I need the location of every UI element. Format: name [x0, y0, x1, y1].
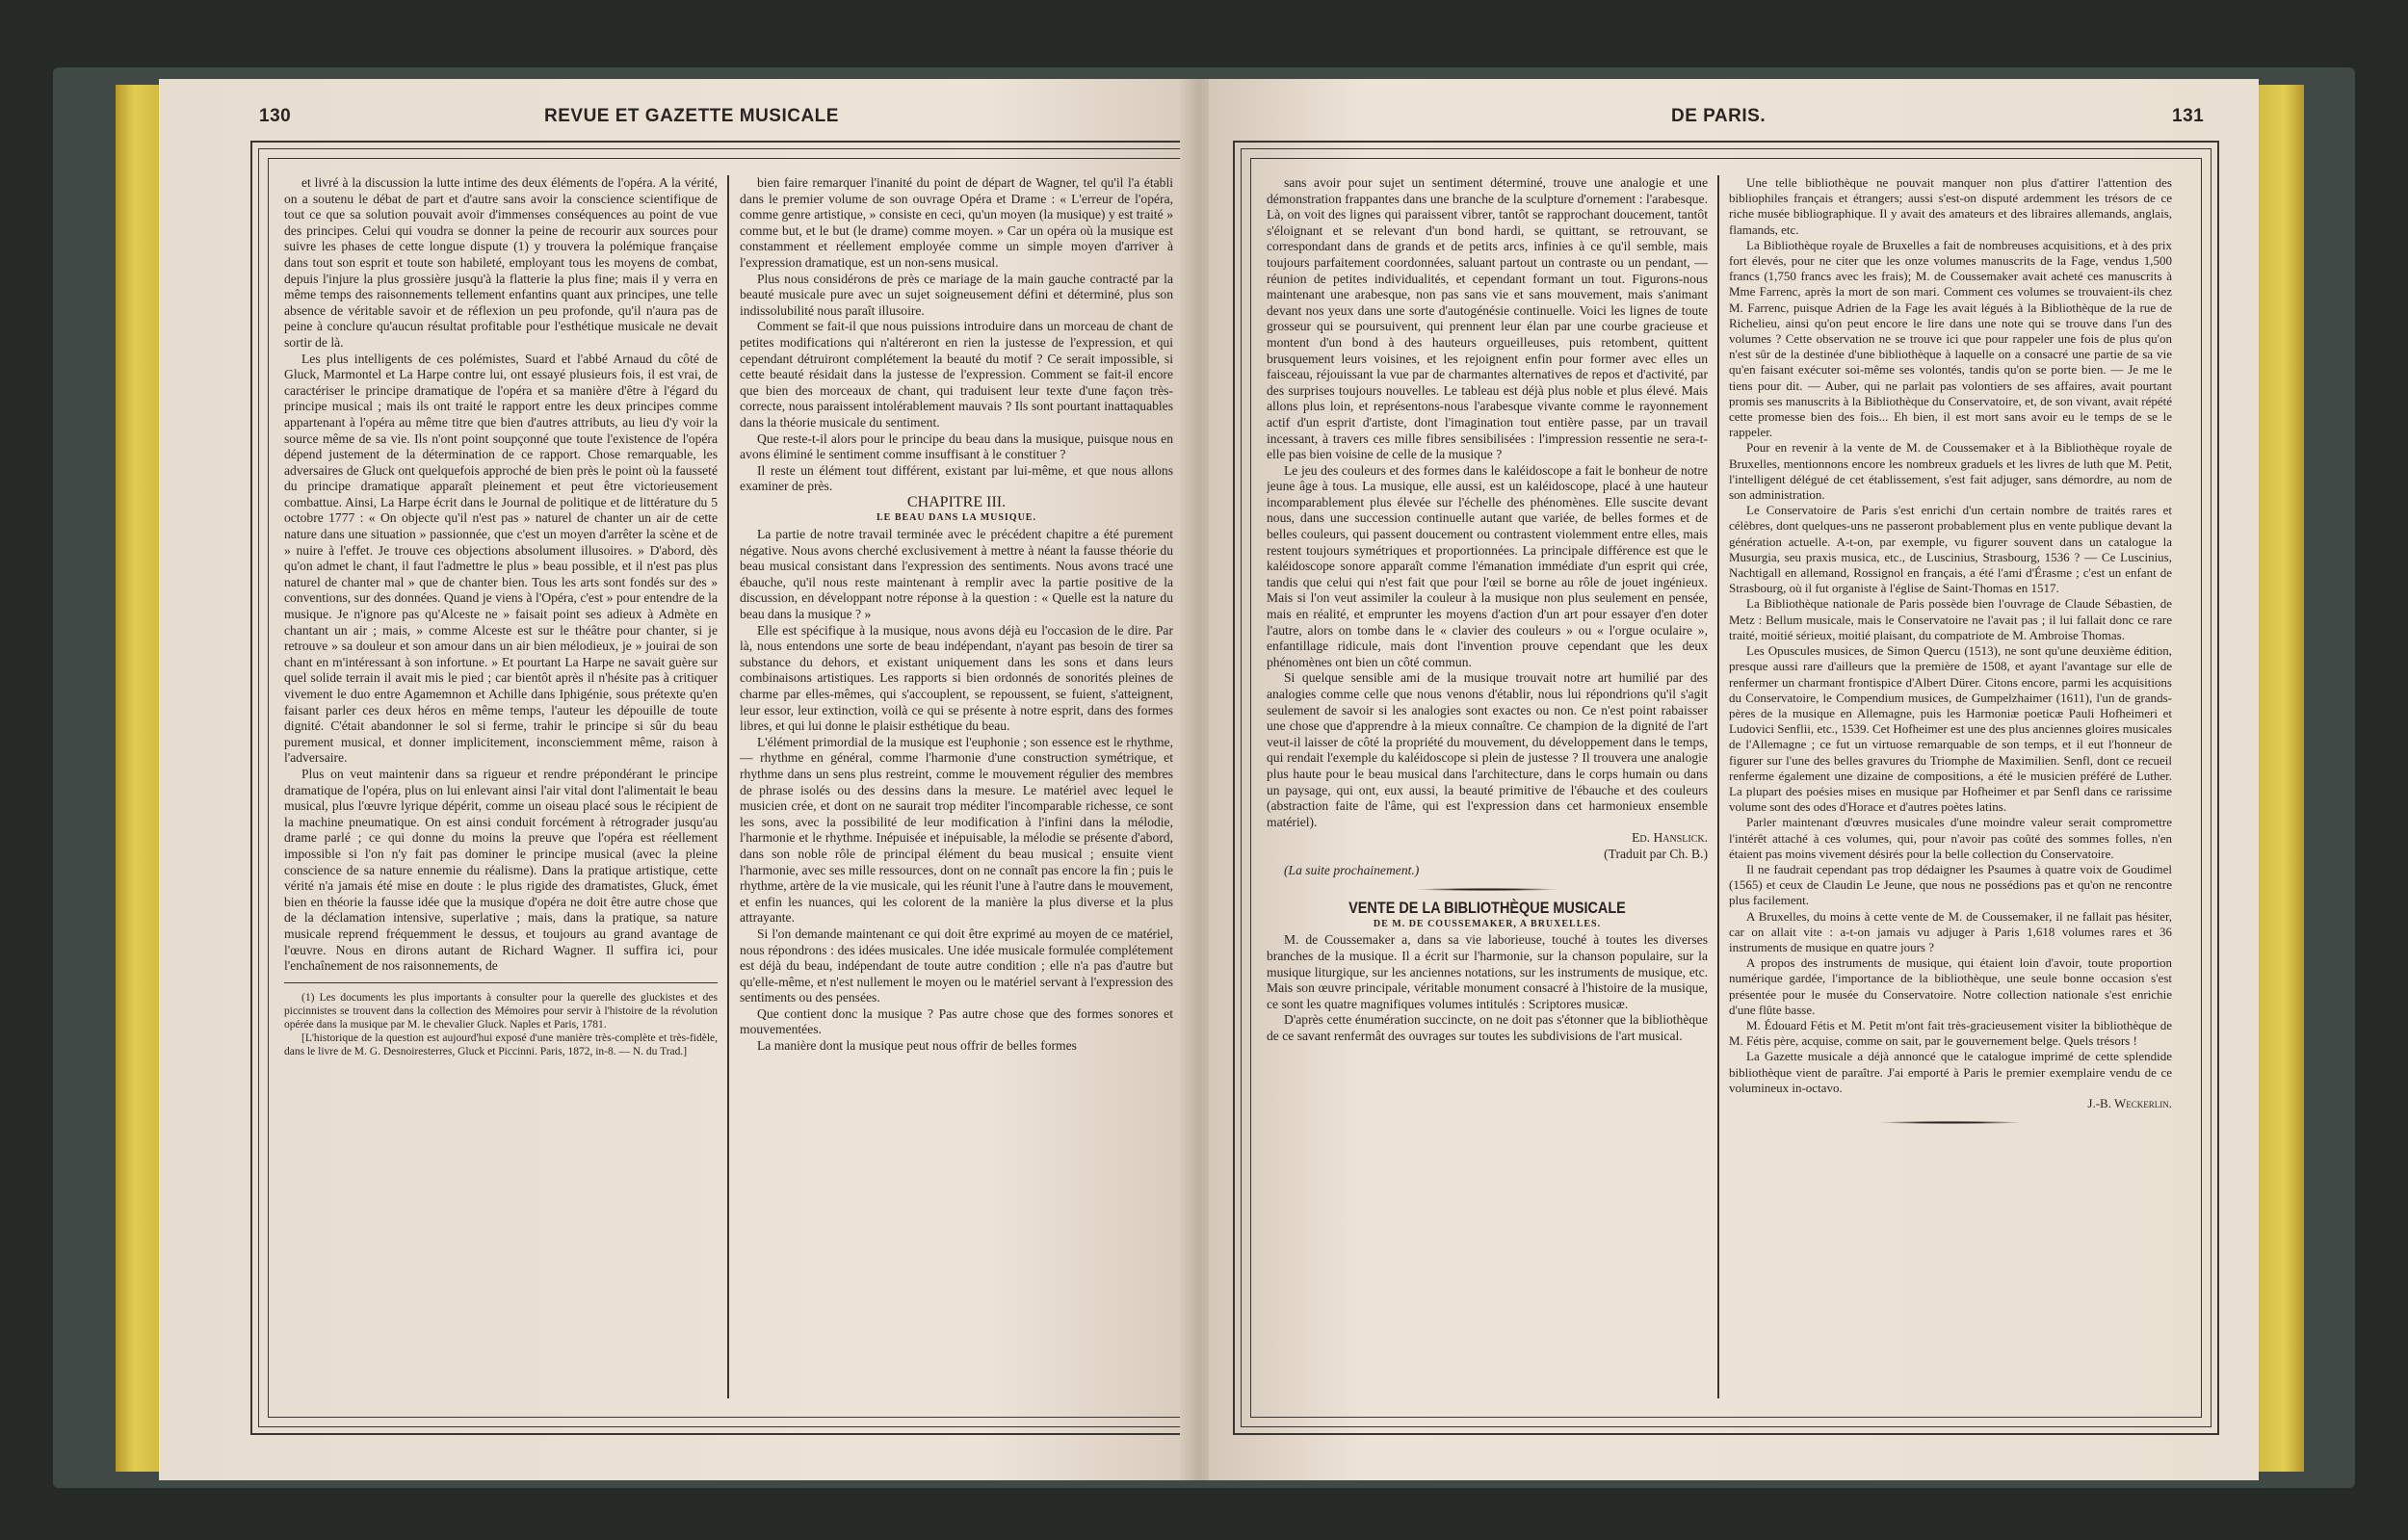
paragraph: A propos des instruments de musique, qui… — [1729, 955, 2172, 1018]
chapter-title: CHAPITRE III. — [740, 495, 1173, 511]
author-signature: Ed. Hanslick. — [1267, 830, 1708, 847]
text-column-2: Une telle bibliothèque ne pouvait manque… — [1729, 175, 2172, 1418]
paragraph: Les Opuscules musices, de Simon Quercu (… — [1729, 643, 2172, 815]
chapter-subtitle: LE BEAU DANS LA MUSIQUE. — [740, 510, 1173, 527]
paragraph: Les plus intelligents de ces polémistes,… — [284, 352, 718, 767]
paragraph: La Bibliothèque royale de Bruxelles a fa… — [1729, 238, 2172, 441]
section-flourish — [1415, 888, 1559, 891]
page-number: 131 — [2172, 106, 2204, 127]
column-divider — [1717, 175, 1719, 1398]
running-head: DE PARIS. — [1671, 106, 1766, 127]
page-number: 130 — [259, 106, 291, 127]
author-signature: J.-B. Weckerlin. — [1729, 1096, 2172, 1111]
paragraph: Que contient donc la musique ? Pas autre… — [740, 1006, 1173, 1038]
paragraph: Si quelque sensible ami de la musique tr… — [1267, 670, 1708, 830]
footnote-1: (1) Les documents les plus importants à … — [284, 991, 718, 1031]
paragraph: La partie de notre travail terminée avec… — [740, 527, 1173, 623]
paragraph: Le Conservatoire de Paris s'est enrichi … — [1729, 503, 2172, 596]
paragraph: Elle est spécifique à la musique, nous a… — [740, 623, 1173, 735]
paragraph: M. Édouard Fétis et M. Petit m'ont fait … — [1729, 1018, 2172, 1049]
paragraph: et livré à la discussion la lutte intime… — [284, 175, 718, 352]
footnote-2: [L'historique de la question est aujourd… — [284, 1031, 718, 1058]
paragraph: L'élément primordial de la musique est l… — [740, 735, 1173, 927]
page-edges-left — [116, 85, 162, 1472]
paragraph: Que reste-t-il alors pour le principe du… — [740, 431, 1173, 463]
article-title: VENTE DE LA BIBLIOTHÈQUE MUSICALE — [1299, 901, 1674, 917]
paragraph: bien faire remarquer l'inanité du point … — [740, 175, 1173, 272]
column-divider — [727, 175, 729, 1398]
right-page: DE PARIS. 131 sans avoir pour sujet un s… — [1209, 79, 2259, 1480]
text-column-1: et livré à la discussion la lutte intime… — [284, 175, 718, 1418]
paragraph: sans avoir pour sujet un sentiment déter… — [1267, 175, 1708, 463]
paragraph: Comment se fait-il que nous puissions in… — [740, 319, 1173, 431]
paragraph: Il ne faudrait cependant pas trop dédaig… — [1729, 862, 2172, 909]
text-column-2: bien faire remarquer l'inanité du point … — [740, 175, 1173, 1418]
paragraph: Si l'on demande maintenant ce qui doit ê… — [740, 927, 1173, 1006]
paragraph: Plus nous considérons de près ce mariage… — [740, 272, 1173, 320]
footnote: (1) Les documents les plus importants à … — [284, 982, 718, 1058]
translator-credit: (Traduit par Ch. B.) — [1267, 847, 1708, 863]
text-column-1: sans avoir pour sujet un sentiment déter… — [1267, 175, 1708, 1418]
paragraph: La manière dont la musique peut nous off… — [740, 1038, 1173, 1055]
paragraph: Plus on veut maintenir dans sa rigueur e… — [284, 767, 718, 975]
left-page: 130 REVUE ET GAZETTE MUSICALE et livré à… — [159, 79, 1190, 1480]
section-flourish — [1878, 1121, 2023, 1124]
paragraph: A Bruxelles, du moins à cette vente de M… — [1729, 909, 2172, 956]
paragraph: Pour en revenir à la vente de M. de Cous… — [1729, 440, 2172, 503]
paragraph: M. de Coussemaker a, dans sa vie laborie… — [1267, 932, 1708, 1012]
paragraph: Une telle bibliothèque ne pouvait manque… — [1729, 175, 2172, 238]
paragraph: La Bibliothèque nationale de Paris possè… — [1729, 596, 2172, 643]
paragraph: Le jeu des couleurs et des formes dans l… — [1267, 463, 1708, 671]
paragraph: La Gazette musicale a déjà annoncé que l… — [1729, 1049, 2172, 1096]
page-edges-right — [2254, 85, 2304, 1472]
paragraph: D'après cette énumération succincte, on … — [1267, 1012, 1708, 1044]
paragraph: Parler maintenant d'œuvres musicales d'u… — [1729, 815, 2172, 862]
running-head: REVUE ET GAZETTE MUSICALE — [544, 106, 1218, 127]
continuation-note: (La suite prochainement.) — [1267, 863, 1708, 879]
paragraph: Il reste un élément tout différent, exis… — [740, 463, 1173, 495]
article-subtitle: DE M. DE COUSSEMAKER, A BRUXELLES. — [1267, 917, 1708, 933]
